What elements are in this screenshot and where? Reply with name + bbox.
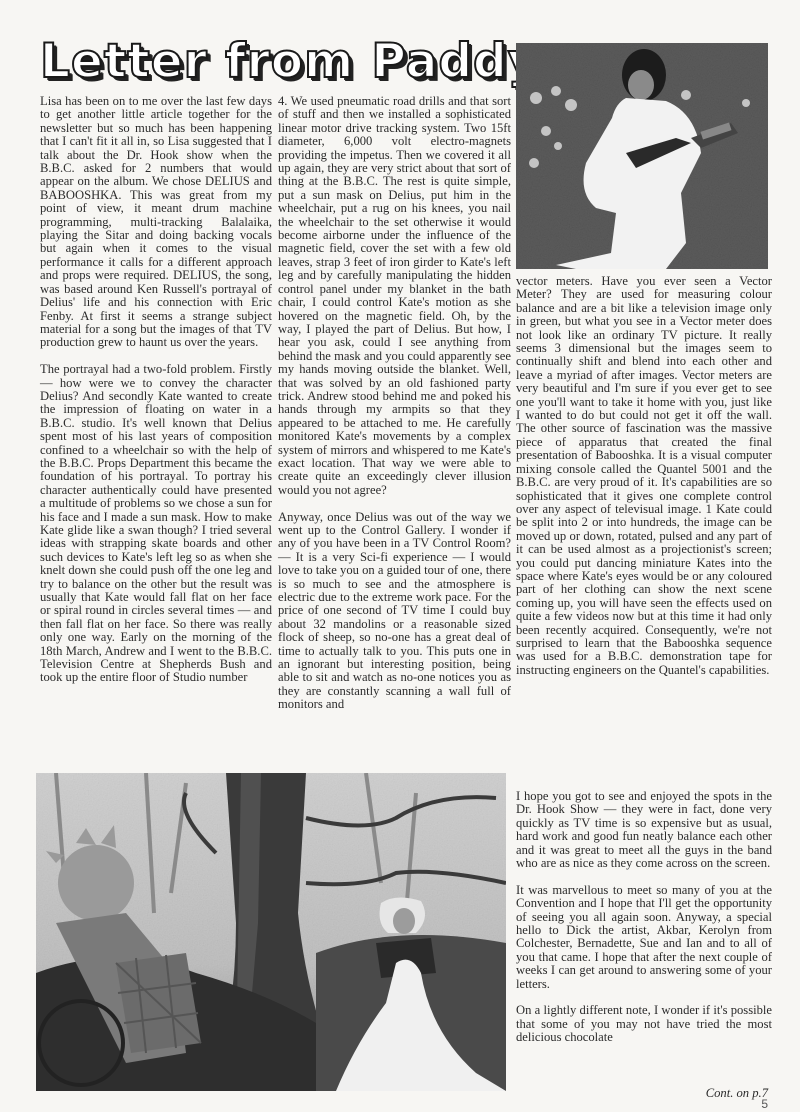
paragraph: Lisa has been on to me over the last few… — [40, 95, 272, 350]
article-title: Letter from Paddy — [40, 36, 539, 88]
paragraph: Anyway, once Delius was out of the way w… — [278, 511, 511, 712]
text-column-2: 4. We used pneumatic road drills and tha… — [278, 95, 511, 712]
text-column-3-lower: I hope you got to see and enjoyed the sp… — [516, 790, 772, 1045]
text-column-3-upper: vector meters. Have you ever seen a Vec­… — [516, 275, 772, 677]
photo-image — [516, 43, 768, 269]
magazine-page: Letter from Paddy Lisa has been on to me… — [0, 0, 800, 1112]
photo-paddy-with-mandolin — [516, 43, 768, 269]
paragraph: On a lightly different note, I wonder if… — [516, 1004, 772, 1044]
paragraph: vector meters. Have you ever seen a Vec­… — [516, 275, 772, 677]
photo-image — [36, 773, 506, 1091]
paragraph: I hope you got to see and enjoyed the sp… — [516, 790, 772, 870]
text-column-1: Lisa has been on to me over the last few… — [40, 95, 272, 685]
paragraph: It was marvellous to meet so many of you… — [516, 884, 772, 991]
paragraph: 4. We used pneumatic road drills and tha… — [278, 95, 511, 497]
page-number: 5 — [720, 1097, 768, 1111]
photo-delius-scene — [36, 773, 506, 1091]
paragraph: The portrayal had a two-fold problem. Fi… — [40, 363, 272, 685]
